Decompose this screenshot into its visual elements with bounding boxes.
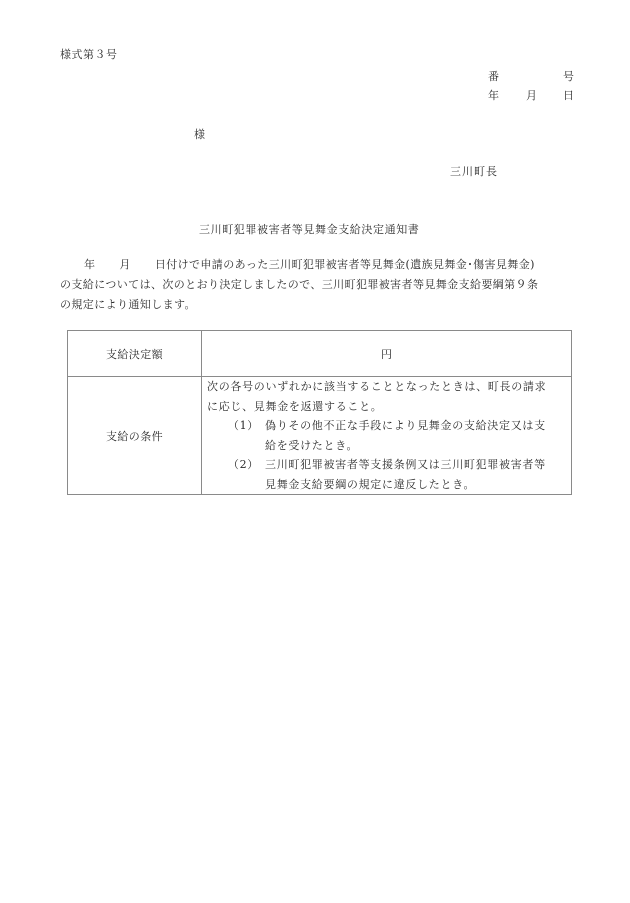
document-title: 三川町犯罪被害者等見舞金支給決定通知書 xyxy=(199,221,419,237)
date-year-label: 年 xyxy=(488,87,499,103)
reference-number-suffix: 号 xyxy=(563,68,574,84)
sender-name: 三川町長 xyxy=(450,163,498,179)
conditions-label: 支給の条件 xyxy=(68,377,202,495)
body-line-3: の規定により通知します。 xyxy=(60,295,575,315)
date-month-label: 月 xyxy=(526,87,537,103)
condition-number: （1） xyxy=(207,416,265,455)
body-line-2: の支給については、次のとおり決定しましたので、三川町犯罪被害者等見舞金支給要綱第… xyxy=(60,275,575,295)
body-line-1-text: 日付けで申請のあった三川町犯罪被害者等見舞金(遺族見舞金･傷害見舞金) xyxy=(155,258,535,271)
condition-text-line: 見舞金支給要綱の規定に違反したとき。 xyxy=(265,475,567,495)
date-day-label: 日 xyxy=(563,87,574,103)
decision-table: 支給決定額 円 支給の条件 次の各号のいずれかに該当することとなったときは、町長… xyxy=(67,330,572,495)
condition-text-line: 偽りその他不正な手段により見舞金の支給決定又は支 xyxy=(265,416,567,436)
table-row-amount: 支給決定額 円 xyxy=(68,331,572,377)
conditions-cell: 次の各号のいずれかに該当することとなったときは、町長の請求 に応じ、見舞金を返還… xyxy=(202,377,572,495)
table-row-conditions: 支給の条件 次の各号のいずれかに該当することとなったときは、町長の請求 に応じ、… xyxy=(68,377,572,495)
conditions-intro-line-2: に応じ、見舞金を返還すること。 xyxy=(207,397,567,417)
body-month-label: 月 xyxy=(119,258,130,271)
amount-label: 支給決定額 xyxy=(68,331,202,377)
condition-text-line: 三川町犯罪被害者等支援条例又は三川町犯罪被害者等 xyxy=(265,455,567,475)
condition-number: （2） xyxy=(207,455,265,494)
condition-item-2: （2） 三川町犯罪被害者等支援条例又は三川町犯罪被害者等 見舞金支給要綱の規定に… xyxy=(207,455,567,494)
reference-number-label: 番 xyxy=(488,68,499,84)
body-year-label: 年 xyxy=(84,258,95,271)
condition-item-1: （1） 偽りその他不正な手段により見舞金の支給決定又は支 給を受けたとき。 xyxy=(207,416,567,455)
body-paragraph: 年月日付けで申請のあった三川町犯罪被害者等見舞金(遺族見舞金･傷害見舞金) の支… xyxy=(60,255,575,315)
addressee-honorific: 様 xyxy=(194,126,205,142)
form-number: 様式第３号 xyxy=(60,46,118,62)
condition-text-line: 給を受けたとき。 xyxy=(265,436,567,456)
amount-value: 円 xyxy=(202,331,572,377)
body-line-1: 年月日付けで申請のあった三川町犯罪被害者等見舞金(遺族見舞金･傷害見舞金) xyxy=(60,255,575,275)
conditions-intro-line-1: 次の各号のいずれかに該当することとなったときは、町長の請求 xyxy=(207,377,567,397)
